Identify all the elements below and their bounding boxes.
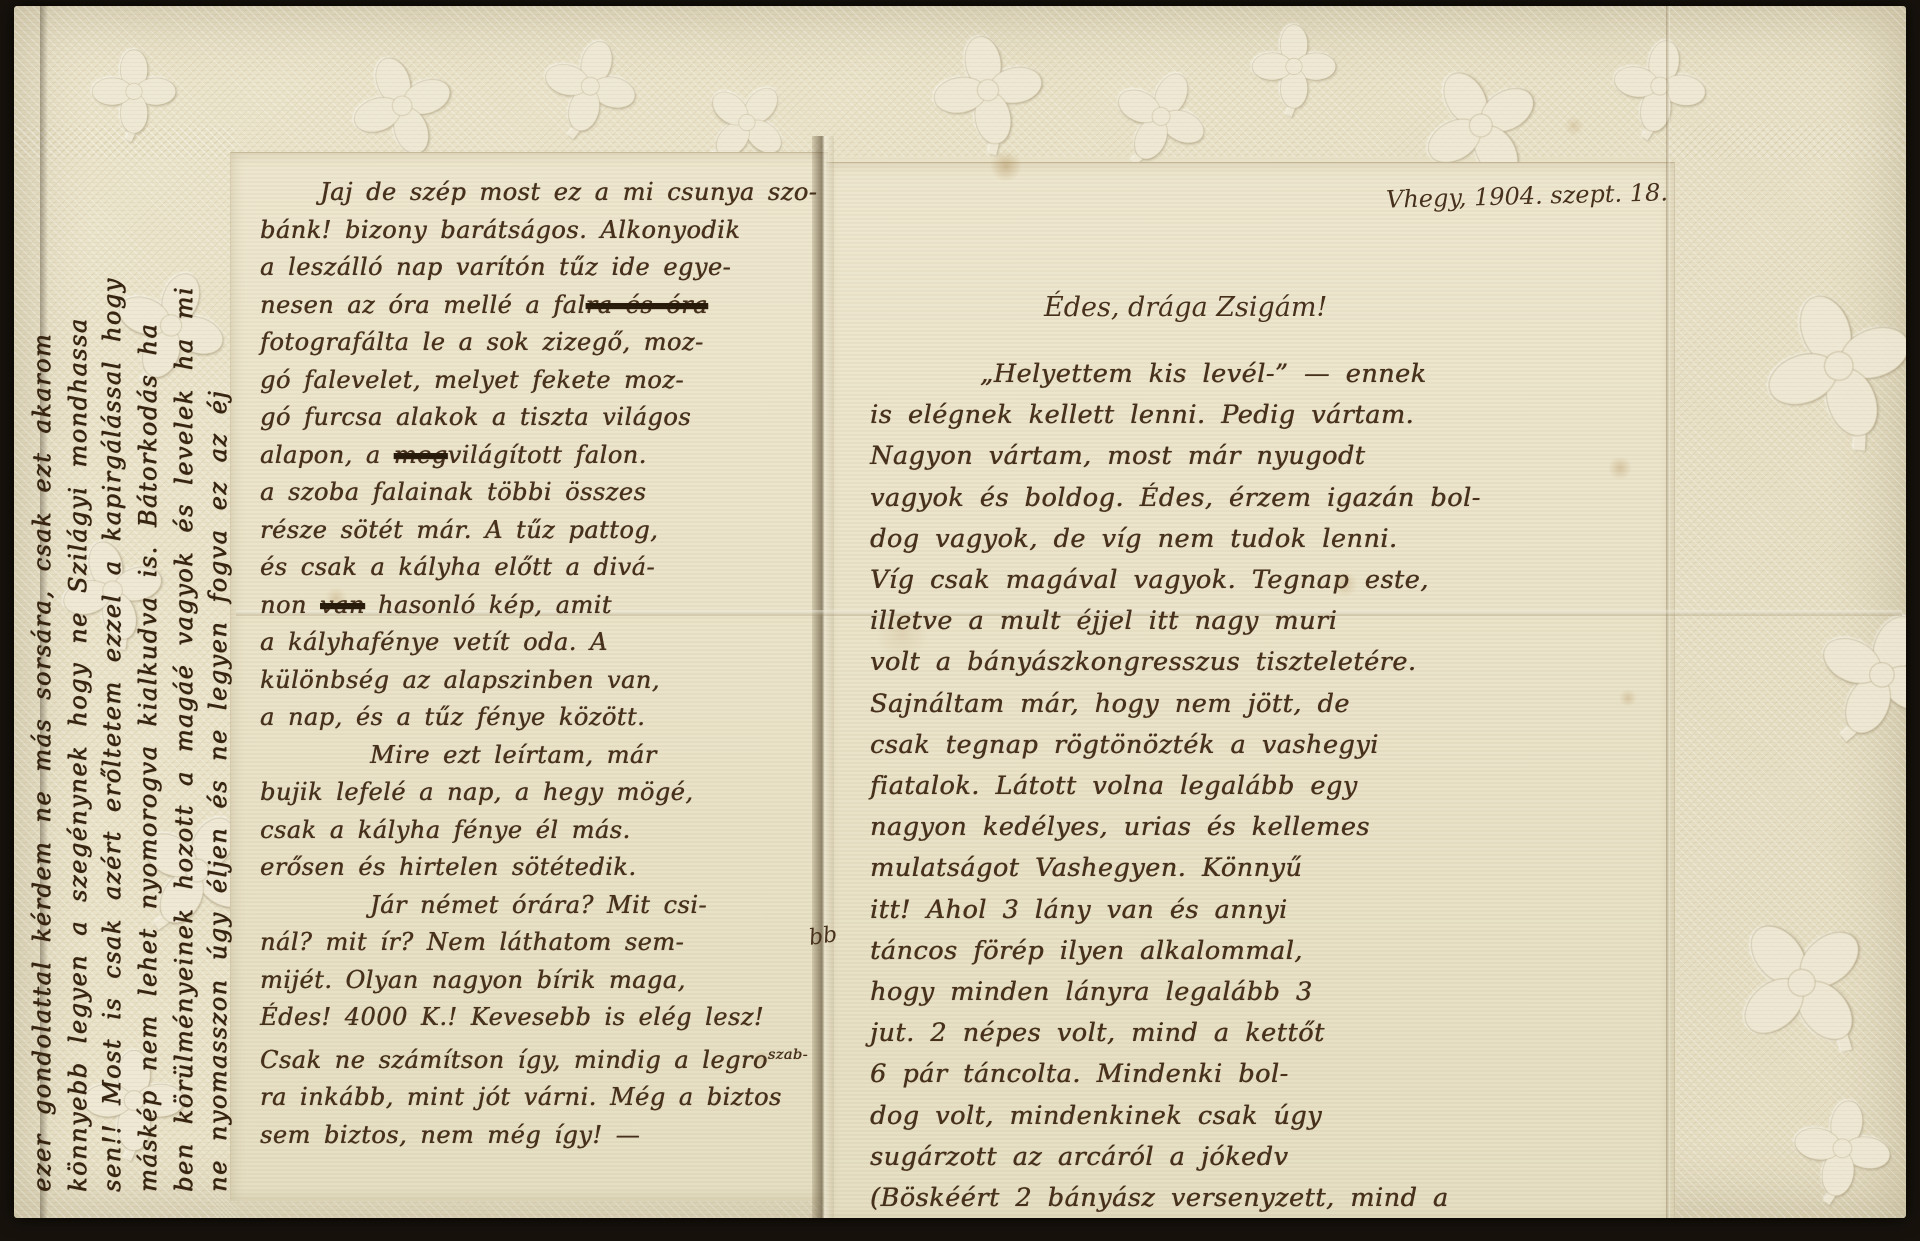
- letter-text-segment: illetve a mult éjjel itt nagy muri: [870, 606, 1337, 636]
- letter-text-segment: mijét. Olyan nagyon bírik maga,: [260, 966, 686, 994]
- letter-line: táncos förép ilyen alkalommal,: [870, 931, 1481, 972]
- letter-line: Jaj de szép most ez a mi csunya szo-: [260, 174, 817, 212]
- embossed-border-right: [1666, 126, 1906, 1218]
- letter-text-segment: Édes! 4000 K.! Kevesebb is elég lesz!: [260, 1003, 764, 1031]
- clover-emboss-icon: [1690, 872, 1906, 1104]
- letter-text-segment: vagyok és boldog. Édes, érzem igazán bol…: [870, 483, 1481, 513]
- letter-line: gó furcsa alakok a tiszta világos: [260, 399, 817, 437]
- letter-text-segment: és csak a kályha előtt a divá-: [260, 553, 655, 581]
- letter-text-segment: a leszálló nap varítón tűz ide egye-: [260, 253, 731, 281]
- letter-text-segment: van: [320, 591, 365, 619]
- margin-writing-line: könnyebb legyen a szegénynek hogy ne Szi…: [64, 317, 92, 1192]
- letter-text-segment: hasonló kép, amit: [365, 591, 612, 619]
- letter-line: Csak ne számítson így, mindig a legrosza…: [260, 1037, 817, 1080]
- letter-line: erősen és hirtelen sötétedik.: [260, 849, 817, 887]
- letter-text-segment: hogy minden lányra legalább 3: [870, 977, 1313, 1007]
- letter-text-segment: csak tegnap rögtönözték a vashegyi: [870, 730, 1379, 760]
- letter-line: 6 pár táncolta. Mindenki bol-: [870, 1054, 1481, 1095]
- letter-text-segment: erősen és hirtelen sötétedik.: [260, 853, 636, 881]
- margin-writing-line: máskép nem lehet nyomorogva kialkudva is…: [134, 323, 162, 1192]
- letter-text-segment: 6 pár táncolta. Mindenki bol-: [870, 1059, 1289, 1089]
- letter-text-segment: a kályhafénye vetít oda. A: [260, 628, 608, 656]
- letter-line: illetve a mult éjjel itt nagy muri: [870, 601, 1481, 642]
- letter-text-segment: különbség az alapszinben van,: [260, 666, 660, 694]
- letter-line: Sajnáltam már, hogy nem jött, de: [870, 684, 1481, 725]
- letter-line: is elégnek kellett lenni. Pedig vártam.: [870, 395, 1481, 436]
- letter-line: sem biztos, nem még így! —: [260, 1117, 817, 1155]
- letter-line: mulatságot Vashegyen. Könnyű: [870, 848, 1481, 889]
- letter-line: jut. 2 népes volt, mind a kettőt: [870, 1013, 1481, 1054]
- letter-line: csak tegnap rögtönözték a vashegyi: [870, 725, 1481, 766]
- letter-line: sugárzott az arcáról a jókedv: [870, 1137, 1481, 1178]
- letter-scan-paper: Vhegy, 1904. szept. 18. Édes, drága Zsig…: [14, 6, 1906, 1218]
- margin-writing-line: sen!! Most is csak azért erőltetem ezzel…: [98, 277, 126, 1192]
- letter-text-segment: nál? mit ír? Nem láthatom sem-: [260, 928, 684, 956]
- clover-emboss-icon: [1244, 21, 1344, 121]
- letter-text-segment: gó furcsa alakok a tiszta világos: [260, 403, 691, 431]
- letter-text-segment: táncos förép ilyen alkalommal,: [870, 936, 1303, 966]
- letter-line: nál? mit ír? Nem láthatom sem-: [260, 924, 817, 962]
- letter-line: hogy minden lányra legalább 3: [870, 972, 1481, 1013]
- letter-text-segment: fotografálta le a sok zizegő, moz-: [260, 328, 704, 356]
- clover-emboss-icon: [84, 46, 184, 146]
- letter-line: gó falevelet, melyet fekete moz-: [260, 362, 817, 400]
- letter-line: a kályhafénye vetít oda. A: [260, 624, 817, 662]
- letter-line: fotografálta le a sok zizegő, moz-: [260, 324, 817, 362]
- letter-text-segment: Jár német órára? Mit csi-: [370, 891, 707, 919]
- letter-text-segment: a nap, és a tűz fénye között.: [260, 703, 645, 731]
- clover-emboss-icon: [1779, 581, 1906, 780]
- letter-line: és csak a kályha előtt a divá-: [260, 549, 817, 587]
- letter-text-segment: volt a bányászkongresszus tiszteletére.: [870, 647, 1416, 677]
- letter-text-segment: szab-: [768, 1047, 808, 1063]
- letter-text-segment: nesen az óra mellé a fal: [260, 291, 586, 319]
- letter-text-segment: Nagyon vártam, most már nyugodt: [870, 441, 1365, 471]
- letter-text-segment: Mire ezt leírtam, már: [370, 741, 657, 769]
- clover-emboss-icon: [522, 24, 657, 159]
- letter-text-segment: „Helyettem kis levél-” — ennek: [980, 359, 1427, 389]
- margin-writing-line: ne nyomasszon úgy éljen és ne legyen fog…: [204, 390, 232, 1192]
- letter-text-segment: bujik lefelé a nap, a hegy mögé,: [260, 778, 693, 806]
- letter-line: (Böskéért 2 bányász versenyzett, mind a: [870, 1178, 1481, 1218]
- paper-stain: [1564, 116, 1584, 136]
- letter-line: bujik lefelé a nap, a hegy mögé,: [260, 774, 817, 812]
- letter-line: Mire ezt leírtam, már: [260, 737, 817, 775]
- letter-line: Víg csak magával vagyok. Tegnap este,: [870, 560, 1481, 601]
- letter-text-segment: a szoba falainak többi összes: [260, 478, 646, 506]
- letter-line: ra inkább, mint jót várni. Még a biztos: [260, 1079, 817, 1117]
- letter-text-segment: non: [260, 591, 320, 619]
- margin-writing-line: ben körülményeinek hozott a magáé vagyok…: [170, 286, 198, 1192]
- letter-text-segment: meg: [394, 441, 448, 469]
- letter-line: különbség az alapszinben van,: [260, 662, 817, 700]
- letter-line: a nap, és a tűz fénye között.: [260, 699, 817, 737]
- letter-line: vagyok és boldog. Édes, érzem igazán bol…: [870, 478, 1481, 519]
- letter-line: volt a bányászkongresszus tiszteletére.: [870, 642, 1481, 683]
- letter-text-segment: része sötét már. A tűz pattog,: [260, 516, 658, 544]
- letter-line: dog volt, mindenkinek csak úgy: [870, 1096, 1481, 1137]
- clover-emboss-icon: [1775, 1087, 1906, 1218]
- letter-text-segment: bánk! bizony barátságos. Alkonyodik: [260, 216, 740, 244]
- letter-text-segment: jut. 2 népes volt, mind a kettőt: [870, 1018, 1325, 1048]
- letter-text-segment: Jaj de szép most ez a mi csunya szo-: [320, 178, 817, 206]
- letter-line: Édes! 4000 K.! Kevesebb is elég lesz!: [260, 999, 817, 1037]
- letter-text-segment: csak a kályha fénye él más.: [260, 816, 631, 844]
- letter-text-segment: (Böskéért 2 bányász versenyzett, mind a: [870, 1183, 1449, 1213]
- letter-text-segment: Víg csak magával vagyok. Tegnap este,: [870, 565, 1429, 595]
- letter-line: a leszálló nap varítón tűz ide egye-: [260, 249, 817, 287]
- letter-text-segment: ra és óra: [586, 291, 708, 319]
- right-page-text-block: „Helyettem kis levél-” — ennekis elégnek…: [870, 354, 1481, 1218]
- letter-line: része sötét már. A tűz pattog,: [260, 512, 817, 550]
- letter-text-segment: mulatságot Vashegyen. Könnyű: [870, 853, 1302, 883]
- letter-text-segment: fiatalok. Látott volna legalább egy: [870, 771, 1358, 801]
- letter-line: fiatalok. Látott volna legalább egy: [870, 766, 1481, 807]
- letter-text-segment: dog vagyok, de víg nem tudok lenni.: [870, 524, 1398, 554]
- letter-text-segment: ra inkább, mint jót várni. Még a biztos: [260, 1083, 782, 1111]
- letter-line: csak a kályha fénye él más.: [260, 812, 817, 850]
- letter-line: nesen az óra mellé a falra és óra: [260, 287, 817, 325]
- letter-text-segment: nagyon kedélyes, urias és kellemes: [870, 812, 1370, 842]
- clover-emboss-icon: [1595, 27, 1722, 154]
- letter-text-segment: is elégnek kellett lenni. Pedig vártam.: [870, 400, 1414, 430]
- letter-line: mijét. Olyan nagyon bírik maga,: [260, 962, 817, 1000]
- letter-text-segment: Csak ne számítson így, mindig a legro: [260, 1046, 768, 1074]
- letter-text-segment: sugárzott az arcáról a jókedv: [870, 1142, 1288, 1172]
- letter-line: non van hasonló kép, amit: [260, 587, 817, 625]
- letter-text-segment: alapon, a: [260, 441, 394, 469]
- clover-emboss-icon: [1729, 261, 1906, 485]
- letter-text-segment: gó falevelet, melyet fekete moz-: [260, 366, 684, 394]
- letter-text-segment: sem biztos, nem még így! —: [260, 1121, 640, 1149]
- letter-line: itt! Ahol 3 lány van és annyi: [870, 890, 1481, 931]
- letter-line: dog vagyok, de víg nem tudok lenni.: [870, 519, 1481, 560]
- letter-line: Nagyon vártam, most már nyugodt: [870, 436, 1481, 477]
- letter-line: nagyon kedélyes, urias és kellemes: [870, 807, 1481, 848]
- margin-writing-line: ezer gondolattal kérdem ne más sorsára, …: [28, 333, 56, 1192]
- letter-text-segment: dog volt, mindenkinek csak úgy: [870, 1101, 1322, 1131]
- left-page-text-block: Jaj de szép most ez a mi csunya szo-bánk…: [260, 174, 817, 1154]
- embossed-border-top: [14, 6, 1906, 158]
- letter-salutation: Édes, drága Zsigám!: [1044, 292, 1327, 323]
- letter-text-segment: itt! Ahol 3 lány van és annyi: [870, 895, 1288, 925]
- letter-line: alapon, a megvilágított falon.: [260, 437, 817, 475]
- letter-text-segment: világított falon.: [448, 441, 647, 469]
- letter-line: a szoba falainak többi összes: [260, 474, 817, 512]
- letter-line: bánk! bizony barátságos. Alkonyodik: [260, 212, 817, 250]
- letter-line: „Helyettem kis levél-” — ennek: [870, 354, 1481, 395]
- letter-text-segment: Sajnáltam már, hogy nem jött, de: [870, 689, 1350, 719]
- clover-emboss-icon: [914, 21, 1065, 172]
- letter-line: Jár német órára? Mit csi-: [260, 887, 817, 925]
